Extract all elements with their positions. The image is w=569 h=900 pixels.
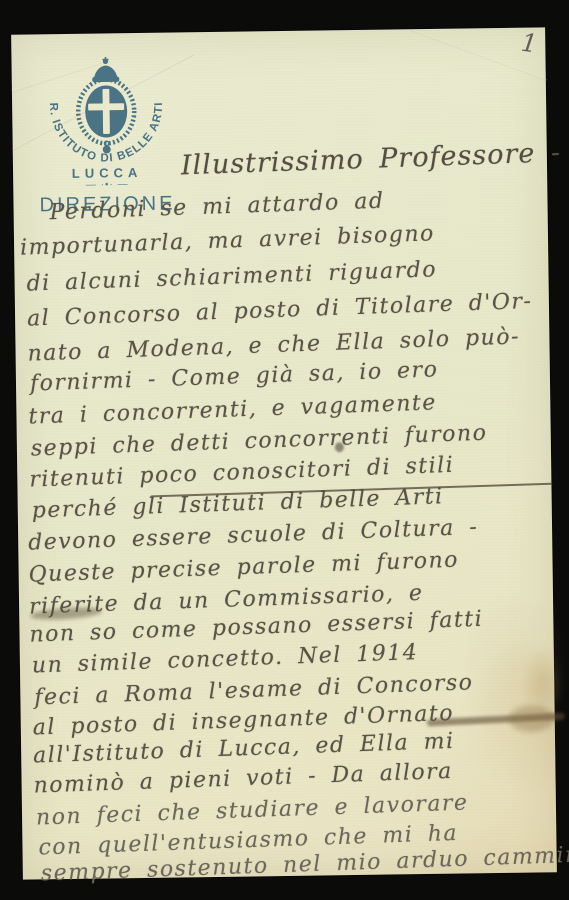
letter-salutation: Illustrissimo Professore - — [180, 137, 561, 181]
letter-line: al Concorso al posto di Titolare d'Or- — [27, 289, 533, 332]
letter-page: R. ISTITUTO DI BELLE ARTI LUCCA — ·•· — … — [11, 27, 557, 879]
letterhead: R. ISTITUTO DI BELLE ARTI LUCCA — ·•· — … — [21, 54, 191, 217]
paper-stain — [520, 647, 565, 718]
letter-line: un simile concetto. Nel 1914 — [32, 640, 419, 678]
letter-line: nato a Modena, e che Ella solo può- — [27, 324, 520, 366]
ink-blotch — [509, 705, 555, 732]
letter-line: importunarla, ma avrei bisogno — [20, 221, 436, 260]
page-number: 1 — [520, 28, 539, 59]
letter-line: di alcuni schiarimenti riguardo — [26, 257, 437, 296]
letterhead-divider: — ·•· — — [23, 179, 191, 191]
ink-blot — [335, 442, 344, 452]
institute-crest-icon: R. ISTITUTO DI BELLE ARTI — [25, 54, 187, 168]
